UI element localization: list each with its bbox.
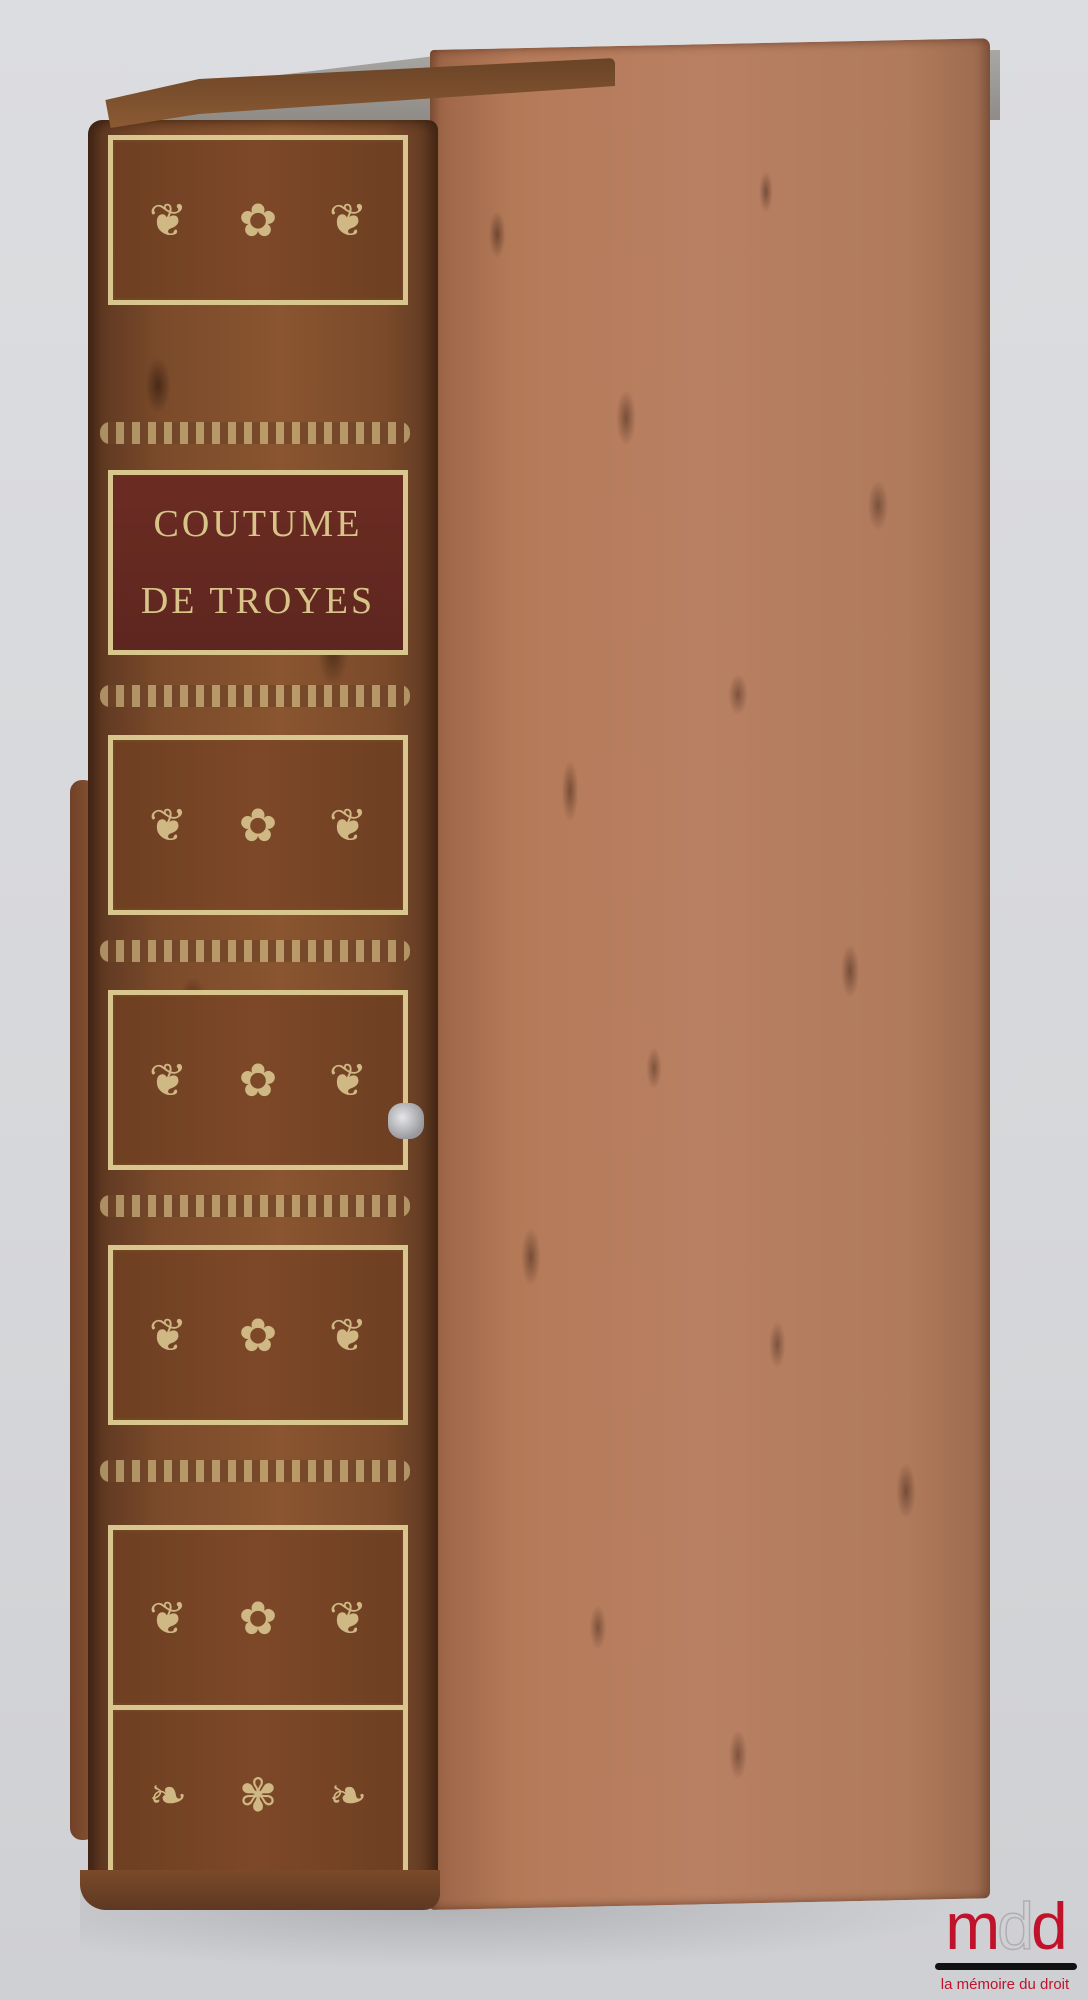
spine-title-label: COUTUME DE TROYES xyxy=(108,470,408,655)
scroll-rosette-ornament-icon: ❧ ✾ ❧ xyxy=(123,1720,393,1870)
floral-ornament-icon: ❦ ✿ ❦ xyxy=(123,1260,393,1410)
mdd-logo: mdd la mémoire du droit xyxy=(925,1895,1085,1995)
spine-tailcap xyxy=(80,1870,440,1910)
spine-panel-1: ❦ ✿ ❦ xyxy=(108,135,408,305)
spine-panel-tail: ❧ ✾ ❧ xyxy=(108,1705,408,1885)
metal-pin xyxy=(388,1103,424,1139)
raised-band xyxy=(100,422,410,444)
spine-panel-4: ❦ ✿ ❦ xyxy=(108,1245,408,1425)
floral-ornament-icon: ❦ ✿ ❦ xyxy=(123,1005,393,1155)
raised-band xyxy=(100,1460,410,1482)
spine-panel-2: ❦ ✿ ❦ xyxy=(108,735,408,915)
book-photo: ❦ ✿ ❦ COUTUME DE TROYES ❦ ✿ ❦ ❦ ✿ ❦ ❦ ✿ … xyxy=(0,0,1088,2000)
title-line-2: DE TROYES xyxy=(119,579,397,623)
spine-panel-3: ❦ ✿ ❦ xyxy=(108,990,408,1170)
raised-band xyxy=(100,685,410,707)
spine-panel-5: ❦ ✿ ❦ xyxy=(108,1525,408,1710)
logo-tagline: la mémoire du droit xyxy=(925,1976,1085,1993)
raised-band xyxy=(100,1195,410,1217)
floral-ornament-icon: ❦ ✿ ❦ xyxy=(123,750,393,900)
floral-ornament-icon: ❦ ✿ ❦ xyxy=(123,150,393,290)
floral-ornament-icon: ❦ ✿ ❦ xyxy=(123,1540,393,1695)
title-line-1: COUTUME xyxy=(119,502,397,546)
raised-band xyxy=(100,940,410,962)
logo-divider-bar xyxy=(935,1963,1077,1970)
front-cover xyxy=(430,38,990,1910)
logo-mark: mdd xyxy=(925,1895,1085,1957)
